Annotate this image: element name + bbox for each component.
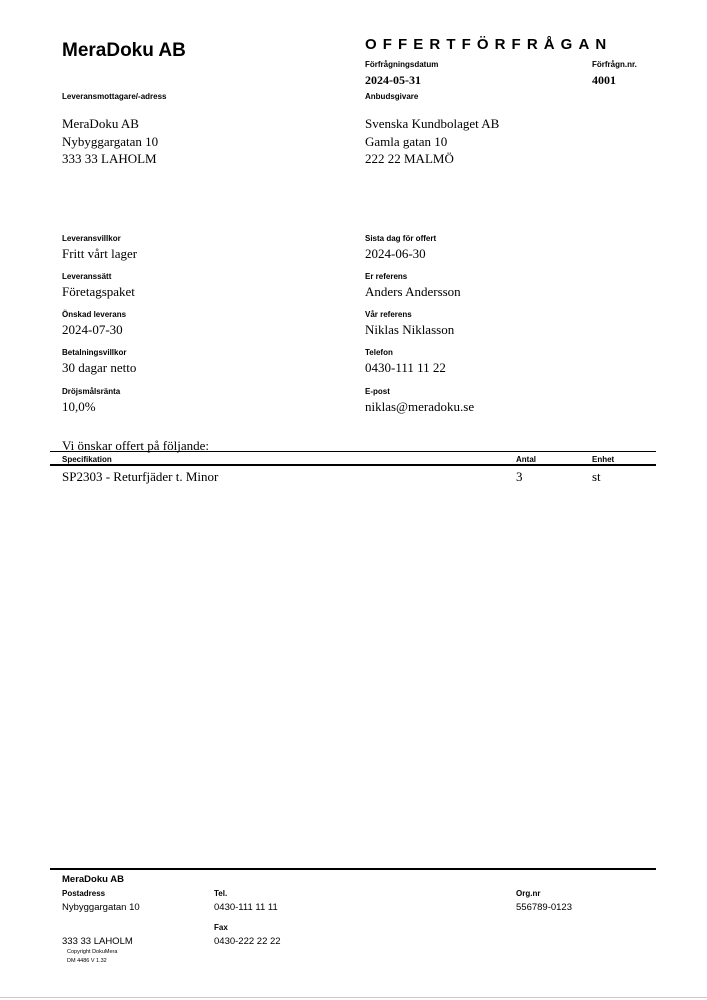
column-header-spec: Specifikation <box>62 455 112 464</box>
footer-fax: 0430-222 22 22 <box>214 936 281 947</box>
term-value: 2024-07-30 <box>62 322 123 338</box>
term-label: Er referens <box>365 272 407 281</box>
footer-tel: 0430-111 11 11 <box>214 902 278 913</box>
footer-org: 556789-0123 <box>516 902 572 913</box>
term-value: Företagspaket <box>62 284 135 300</box>
footer-company: MeraDoku AB <box>62 874 124 885</box>
item-spec: SP2303 - Returfjäder t. Minor <box>62 469 218 485</box>
document-title: OFFERTFÖRFRÅGAN <box>365 36 612 53</box>
footer-rule <box>50 868 656 870</box>
supplier-line: Svenska Kundbolaget AB <box>365 115 499 133</box>
table-header-rule <box>50 464 656 466</box>
footer-fax-label: Fax <box>214 923 228 932</box>
recipient-line: Nybyggargatan 10 <box>62 133 158 151</box>
footer-postal-line2: 333 33 LAHOLM <box>62 936 133 947</box>
recipient-label: Leveransmottagare/-adress <box>62 92 167 101</box>
term-label: Sista dag för offert <box>365 234 436 243</box>
column-header-unit: Enhet <box>592 455 614 464</box>
term-label: Önskad leverans <box>62 310 126 319</box>
request-no-label: Förfrågn.nr. <box>592 60 637 69</box>
term-label: E-post <box>365 387 390 396</box>
term-value: 0430-111 11 22 <box>365 360 446 376</box>
supplier-line: Gamla gatan 10 <box>365 133 499 151</box>
column-header-qty: Antal <box>516 455 536 464</box>
term-label: Dröjsmålsränta <box>62 387 120 396</box>
term-value: Anders Andersson <box>365 284 461 300</box>
page-edge <box>0 997 707 998</box>
recipient-line: 333 33 LAHOLM <box>62 150 158 168</box>
term-value: 2024-06-30 <box>365 246 426 262</box>
term-label: Betalningsvillkor <box>62 348 126 357</box>
recipient-line: MeraDoku AB <box>62 115 158 133</box>
footer-org-label: Org.nr <box>516 889 540 898</box>
recipient-address: MeraDoku AB Nybyggargatan 10 333 33 LAHO… <box>62 115 158 168</box>
footer-copyright: Copyright DokuMera <box>67 949 117 955</box>
footer-postal-line1: Nybyggargatan 10 <box>62 902 140 913</box>
term-value: Fritt vårt lager <box>62 246 137 262</box>
term-label: Leveransvillkor <box>62 234 121 243</box>
term-label: Telefon <box>365 348 393 357</box>
company-name: MeraDoku AB <box>62 40 186 62</box>
supplier-address: Svenska Kundbolaget AB Gamla gatan 10 22… <box>365 115 499 168</box>
term-value: Niklas Niklasson <box>365 322 454 338</box>
footer-tel-label: Tel. <box>214 889 227 898</box>
supplier-label: Anbudsgivare <box>365 92 418 101</box>
request-date-label: Förfrågningsdatum <box>365 60 438 69</box>
request-date: 2024-05-31 <box>365 73 421 88</box>
term-value: 10,0% <box>62 399 96 415</box>
supplier-line: 222 22 MALMÖ <box>365 150 499 168</box>
item-qty: 3 <box>516 469 523 485</box>
term-label: Vår referens <box>365 310 412 319</box>
footer-postal-label: Postadress <box>62 889 105 898</box>
term-value: niklas@meradoku.se <box>365 399 474 415</box>
term-label: Leveranssätt <box>62 272 111 281</box>
footer-version: DM 4486 V 1.32 <box>67 958 107 964</box>
term-value: 30 dagar netto <box>62 360 136 376</box>
request-no: 4001 <box>592 73 616 88</box>
table-top-rule <box>50 451 656 452</box>
item-unit: st <box>592 469 601 485</box>
